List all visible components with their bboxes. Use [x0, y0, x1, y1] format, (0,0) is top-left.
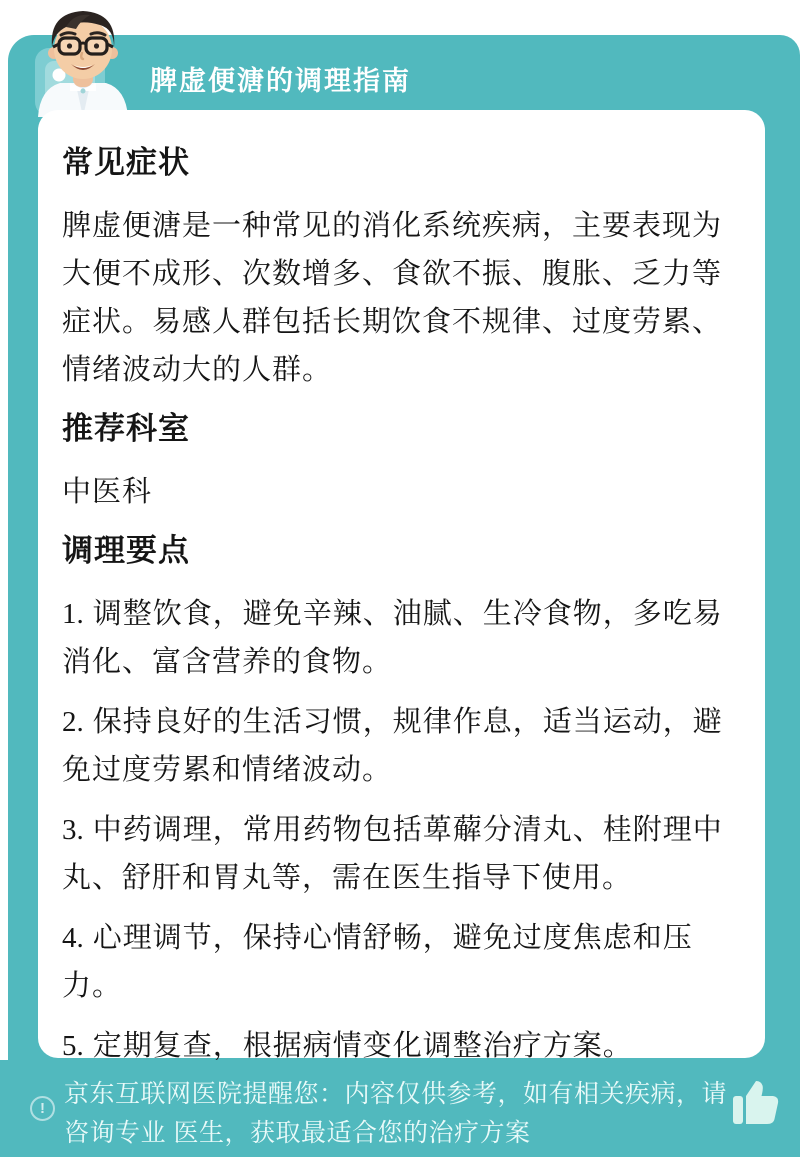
tip-text: 保持良好的生活习惯，规律作息，适当运动，避免过度劳累和情绪波动。 [62, 706, 723, 786]
tip-text: 中药调理，常用药物包括萆薢分清丸、桂附理中丸、舒肝和胃丸等，需在医生指导下使用。 [62, 814, 723, 894]
tip-item-1: 1. 调整饮食，避免辛辣、油腻、生冷食物，多吃易消化、富含营养的食物。 [62, 590, 747, 686]
tip-number: 4. [62, 922, 84, 954]
doctor-avatar [16, 7, 150, 117]
symptoms-paragraph: 脾虚便溏是一种常见的消化系统疾病，主要表现为大便不成形、次数增多、食欲不振、腹胀… [62, 202, 747, 394]
section-heading-symptoms: 常见症状 [62, 146, 747, 180]
tip-number: 1. [62, 598, 84, 630]
tip-number: 3. [62, 814, 84, 846]
tip-text: 调整饮食，避免辛辣、油腻、生冷食物，多吃易消化、富含营养的食物。 [62, 598, 723, 678]
info-icon: ! [30, 1096, 55, 1121]
thumbs-up-button[interactable] [730, 1078, 780, 1130]
disclaimer-text: 京东互联网医院提醒您：内容仅供参考，如有相关疾病，请咨询专业 医生，获取最适合您… [64, 1075, 736, 1153]
tip-text: 定期复查，根据病情变化调整治疗方案。 [84, 1030, 633, 1062]
tip-item-4: 4. 心理调节，保持心情舒畅，避免过度焦虑和压力。 [62, 914, 747, 1010]
screen: { "colors": { "teal": "#51b9be", "badge"… [0, 0, 800, 1165]
section-heading-department: 推荐科室 [62, 412, 747, 446]
tip-item-2: 2. 保持良好的生活习惯，规律作息，适当运动，避免过度劳累和情绪波动。 [62, 698, 747, 794]
page-title: 脾虚便溏的调理指南 [150, 59, 411, 98]
section-heading-tips: 调理要点 [62, 534, 747, 568]
department-value: 中医科 [62, 468, 747, 516]
disclaimer-bar: ! 京东互联网医院提醒您：内容仅供参考，如有相关疾病，请咨询专业 医生，获取最适… [0, 1060, 800, 1157]
tip-number: 2. [62, 706, 84, 738]
content-card: 常见症状 脾虚便溏是一种常见的消化系统疾病，主要表现为大便不成形、次数增多、食欲… [38, 110, 765, 1058]
tip-number: 5. [62, 1030, 84, 1062]
disclaimer-line-2: 医生，获取最适合您的治疗方案 [173, 1119, 530, 1147]
message-bubble: 脾虚便溏的调理指南 常见症状 脾虚便溏是一种常见的消化系统疾病，主要表现为大便不… [8, 35, 800, 1060]
tip-text: 心理调节，保持心情舒畅，避免过度焦虑和压力。 [62, 922, 693, 1002]
tip-item-3: 3. 中药调理，常用药物包括萆薢分清丸、桂附理中丸、舒肝和胃丸等，需在医生指导下… [62, 806, 747, 902]
thumbs-up-icon [730, 1118, 780, 1133]
